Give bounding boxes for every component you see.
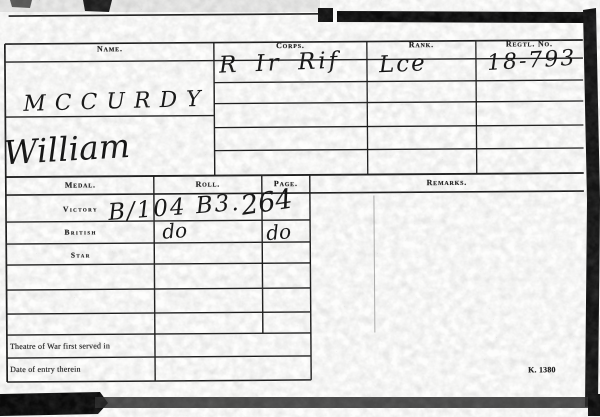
medal-row-british-label: British	[7, 227, 154, 237]
forename-handwritten: William	[3, 126, 132, 172]
regtl-no-handwritten: 18-793	[486, 46, 577, 76]
theatre-of-war-label: Theatre of War first served in	[10, 341, 110, 351]
name-column-header: Name.	[6, 44, 214, 54]
remarks-column-header: Remarks.	[310, 177, 584, 188]
medal-column-header: Medal.	[7, 180, 154, 190]
date-of-entry-label: Date of entry therein	[10, 365, 81, 374]
rank-column-header: Rank.	[367, 40, 476, 50]
medal-row-star-label: Star	[7, 250, 154, 260]
medal-row-british-roll: do	[161, 218, 188, 244]
medal-index-card-scan: Name. Corps. Rank. Regtl. No. MCCURDY Wi…	[0, 0, 600, 417]
corps-handwritten: R Ir Rif	[218, 48, 340, 79]
medal-row-british-page: do	[265, 219, 292, 245]
card-content: Name. Corps. Rank. Regtl. No. MCCURDY Wi…	[0, 0, 600, 417]
form-number: K. 1380	[528, 365, 556, 374]
roll-column-header: Roll.	[154, 179, 262, 189]
medal-row-victory-page: 264	[239, 184, 295, 222]
surname-handwritten: MCCURDY	[23, 87, 210, 117]
rank-handwritten: Lce	[378, 50, 427, 78]
